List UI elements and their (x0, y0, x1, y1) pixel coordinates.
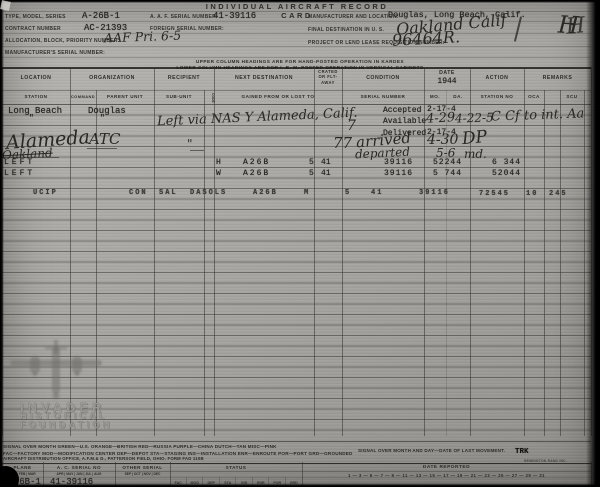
legend-codes: FAC—FACTORY MOD—MODIFICATION CENTER DEP—… (3, 451, 353, 456)
col-oca: OCA (524, 94, 544, 99)
col-mo: MO. (424, 94, 446, 99)
ibm-cell: 10 (526, 190, 538, 198)
legend-signal: SIGNAL OVER MONTH AND DAY—DATE OF LAST M… (358, 448, 505, 453)
col-crated: CRATED OR FLT-AWAY (314, 69, 342, 85)
col-station: STATION (2, 94, 70, 99)
ibm-cell: M (304, 189, 310, 197)
allocation-label: ALLOCATION, BLOCK, PRIORITY NUMBER: (5, 38, 120, 44)
ibm-cell: 245 (549, 190, 568, 198)
note-upper: UPPER COLUMN HEADINGS ARE FOR HAND-POSTE… (140, 59, 460, 64)
table-row-serial: 39116 (384, 158, 413, 167)
col-next-destination: NEXT DESTINATION (214, 75, 314, 81)
ibm-cell: SAL (159, 189, 178, 197)
available-label: Available (383, 117, 426, 126)
col-command: COMMAND (70, 94, 96, 99)
table-row-remark: 52044 (492, 169, 521, 178)
col-da: DA. (446, 94, 470, 99)
contract-label: CONTRACT NUMBER (5, 26, 61, 32)
table-row-code: W (216, 169, 221, 178)
action-md: md. (464, 147, 487, 161)
strip-other-serial-label: OTHER SERIAL (115, 465, 170, 470)
scan-blob (0, 479, 16, 487)
manufacturer-label: MANUFACTURER AND LOCATION: (308, 14, 399, 20)
scan-edge (0, 0, 4, 487)
grid-line (584, 90, 585, 436)
lend-lease-value: 96464R. (392, 27, 461, 50)
ditto-mark: " (29, 114, 34, 123)
col-station-no: STATION NO (470, 94, 524, 99)
ibm-cell: 5 (345, 189, 351, 197)
col-sub-unit: SUB-UNIT (154, 94, 204, 99)
col-date-year: 1944 (424, 77, 470, 86)
mfr-serial-label: MANUFACTURER'S SERIAL NUMBER: (5, 50, 105, 56)
ibm-cell: UCIP (33, 189, 58, 197)
header-divider (2, 90, 591, 91)
scan-edge (0, 0, 600, 3)
table-row-model: A26B (243, 169, 270, 178)
strip-ac-serial-label: A. C. SERIAL NO (43, 465, 115, 470)
table-row-move: 52244 (433, 158, 462, 167)
table-border (2, 67, 591, 69)
col-remarks: REMARKS (524, 75, 591, 81)
final-destination-label: FINAL DESTINATION IN U. S. (308, 27, 384, 33)
ibm-cell: DASOLS (190, 189, 227, 197)
legend-top-line (2, 441, 591, 442)
col-parent-unit: PARENT UNIT (96, 94, 154, 99)
ibm-cell: CON (129, 189, 148, 197)
strip-status-label: STATUS (170, 465, 302, 470)
strip-ac-serial-months: APR | MAY | JUN | JUL | AUG (43, 472, 115, 476)
scan-edge (586, 0, 600, 487)
station-entry: Long Beach (8, 106, 62, 116)
pen-underline (87, 148, 117, 149)
action-dp: DP (461, 127, 488, 149)
organization-entry: Douglas (88, 106, 126, 116)
table-row-n1: 5 (309, 158, 314, 167)
col-organization: ORGANIZATION (70, 75, 154, 81)
col-scu: SCU (560, 94, 584, 99)
col-location: LOCATION (2, 75, 70, 81)
rule-line (2, 33, 591, 34)
table-row-station: LEFT (4, 169, 35, 178)
scanned-record-card: INDIVIDUAL AIRCRAFT RECORD CARD TYPE, MO… (0, 0, 600, 487)
ibm-cell: A26B (253, 189, 278, 197)
col-recipient: RECIPIENT (154, 75, 214, 81)
rule-line (2, 46, 591, 47)
col-gained-lost: GAINED FROM OR LOST TO (214, 94, 342, 99)
strip-top-line (2, 463, 591, 465)
ditto-mark: " (187, 137, 193, 151)
table-row-model: A26B (243, 158, 270, 167)
table-row-move: 5 744 (433, 169, 462, 178)
legend-office: AIRCRAFT DISTRIBUTION OFFICE, A.F.M.& D.… (3, 456, 204, 461)
crated-entry: 77 (333, 134, 352, 152)
table-row-serial: 39116 (384, 169, 413, 178)
aaf-serial-value: 41-39116 (213, 11, 256, 21)
grid-line (154, 67, 155, 436)
ibm-cell: 39116 (419, 189, 450, 197)
ditto-mark: " (100, 114, 105, 123)
strip-date-reported-label: DATE REPORTED (302, 465, 591, 470)
type-model-label: TYPE, MODEL, SERIES (5, 14, 66, 20)
type-model-value: A-26B-1 (82, 11, 120, 21)
grid-line (560, 90, 561, 436)
pen-underline (190, 150, 204, 151)
initials-stamp: TRK (515, 448, 529, 456)
table-row-n1: 5 (309, 169, 314, 178)
ibm-cell: 72545 (479, 190, 510, 198)
table-row-n2: 41 (321, 169, 331, 178)
col-date: DATE (424, 70, 470, 76)
allocation-value: AAF Pri. 6-5 (104, 28, 182, 46)
table-row-station: LEFT (4, 158, 35, 167)
strip-fine-print: REMINGTON RAND INC. (524, 459, 567, 463)
margin-mark-h: H (565, 13, 586, 40)
table-row-code: H (216, 158, 221, 167)
action-date: 4-22-5 (455, 110, 494, 125)
scan-edge (0, 483, 600, 487)
scan-corner-speck (0, 0, 11, 11)
ibm-cell: 41 (371, 189, 383, 197)
table-row-remark: 6 344 (492, 158, 521, 167)
watermark-text: FOUNDATION (20, 420, 113, 431)
col-condition: CONDITION (342, 75, 424, 81)
table-row-n2: 41 (321, 158, 331, 167)
command-entry: ATC (89, 130, 121, 148)
strip-date-reported-days: 1 — 3 — 5 — 7 — 9 — 11 — 13 — 15 — 17 — … (302, 473, 591, 478)
aaf-serial-label: A. A. F. SERIAL NUMBER (150, 14, 216, 20)
col-serial-number: SERIAL NUMBER (342, 94, 424, 99)
strip-other-serial-months: SEP | OCT | NOV | DEC (115, 472, 170, 476)
aircraft-silhouette-watermark (10, 340, 102, 404)
grid-line (544, 90, 545, 436)
col-action: ACTION (470, 75, 524, 81)
legend-colors: SIGNAL OVER MONTH GREEN—U.S. ORANGE—BRIT… (3, 444, 277, 449)
crated-entry: 7 (347, 118, 356, 134)
grid-line (204, 90, 205, 436)
accepted-label: Accepted (383, 106, 421, 115)
grid-line (342, 67, 343, 436)
available-date: 4-29 (426, 110, 456, 127)
